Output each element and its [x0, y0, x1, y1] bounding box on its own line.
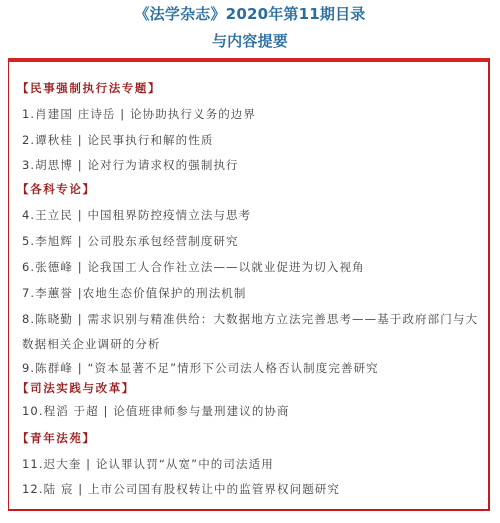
- toc-item-8-continued[interactable]: 数据相关企业调研的分析: [22, 336, 161, 352]
- page-title: 《法学杂志》2020年第11期目录: [0, 4, 500, 24]
- section-heading-special-topics: 【各科专论】: [17, 181, 96, 197]
- toc-item-10[interactable]: 10.程滔 于超 | 论值班律师参与量刑建议的协商: [22, 403, 290, 419]
- toc-item-2[interactable]: 2.谭秋桂 | 论民事执行和解的性质: [22, 132, 213, 148]
- page-subtitle: 与内容提要: [0, 31, 500, 51]
- toc-item-7[interactable]: 7.李蕙誉 |农地生态价值保护的刑法机制: [22, 285, 247, 301]
- toc-item-8[interactable]: 8.陈晓勤 | 需求识别与精准供给：大数据地方立法完善思考——基于政府部门与大: [22, 311, 478, 327]
- section-heading-youth-forum: 【青年法苑】: [17, 430, 96, 446]
- toc-item-1[interactable]: 1.肖建国 庄诗岳 | 论协助执行义务的边界: [22, 106, 256, 122]
- toc-item-9[interactable]: 9.陈群峰 | “资本显著不足”情形下公司法人格否认制度完善研究: [22, 360, 379, 376]
- toc-item-4[interactable]: 4.王立民 | 中国租界防控疫情立法与思考: [22, 207, 251, 223]
- section-heading-judicial-practice: 【司法实践与改革】: [17, 380, 135, 396]
- section-heading-civil-enforcement: 【民事强制执行法专题】: [17, 80, 161, 96]
- toc-item-5[interactable]: 5.李旭辉 | 公司股东承包经营制度研究: [22, 233, 239, 249]
- toc-item-11[interactable]: 11.迟大奎 | 论认罪认罚“从宽”中的司法适用: [22, 456, 274, 472]
- toc-item-3[interactable]: 3.胡思博 | 论对行为请求权的强制执行: [22, 157, 239, 173]
- toc-item-6[interactable]: 6.张德峰 | 论我国工人合作社立法——以就业促进为切入视角: [22, 259, 365, 275]
- toc-item-12[interactable]: 12.陆 宸 | 上市公司国有股权转让中的监管界权问题研究: [22, 481, 340, 497]
- table-of-contents-box: 【民事强制执行法专题】 1.肖建国 庄诗岳 | 论协助执行义务的边界 2.谭秋桂…: [8, 58, 490, 511]
